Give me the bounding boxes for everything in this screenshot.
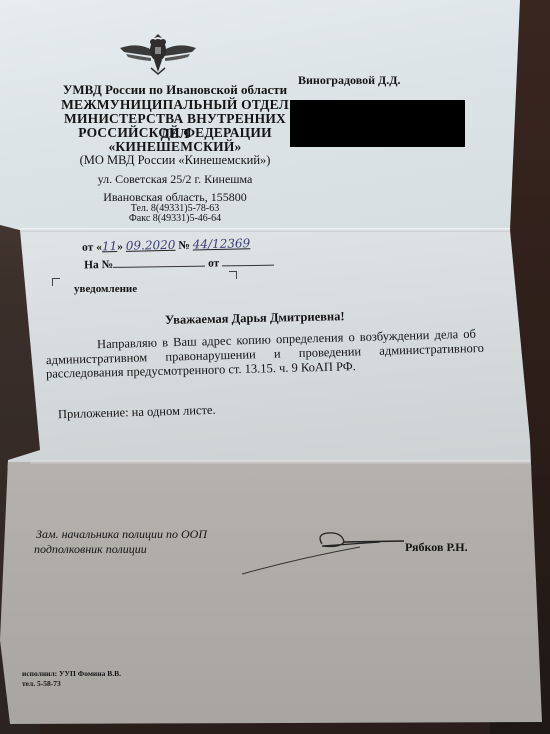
reply-from-label: от xyxy=(208,257,219,269)
parent-org: УМВД России по Ивановской области xyxy=(60,82,290,98)
reply-date-blank xyxy=(222,255,274,267)
date-prefix: от « xyxy=(82,241,102,253)
document-type-label: уведомление xyxy=(74,283,137,295)
redacted-address-block xyxy=(290,100,465,147)
org-name-line: «КИНЕШЕМСКИЙ» xyxy=(60,139,290,154)
fold-line-bottom xyxy=(30,460,530,465)
org-name-line: РОССИЙСКОЙ ФЕДЕРАЦИИ xyxy=(60,125,290,140)
sheet-bottom-panel xyxy=(0,462,550,734)
address-street: ул. Советская 25/2 г. Кинешма xyxy=(60,172,290,187)
executor-name: исполнил: УУП Фомина В.В. xyxy=(22,669,121,678)
eagle-emblem-icon xyxy=(118,28,198,78)
number-label: № xyxy=(178,240,190,252)
signer-name: Рябков Р.Н. xyxy=(405,540,468,555)
signer-rank: подполковник полиции xyxy=(34,542,147,557)
handwritten-outgoing-number: 44/12369 xyxy=(193,236,251,251)
corner-mark-left xyxy=(52,278,60,286)
body-word: административного xyxy=(379,341,484,359)
letter-sheet: УМВД России по Ивановской области МЕЖМУН… xyxy=(0,0,550,734)
body-word: и xyxy=(274,347,281,362)
reply-label: На № xyxy=(84,259,113,271)
reply-reference: На № от xyxy=(84,255,274,272)
date-separator: » xyxy=(117,241,126,253)
fold-line-top xyxy=(20,228,520,232)
org-short-name: (МО МВД России «Кинешемский») xyxy=(60,153,290,168)
handwritten-day: 11 xyxy=(102,239,118,253)
handwritten-signature-icon xyxy=(240,530,410,580)
corner-mark-right xyxy=(229,271,237,279)
recipient-name: Виноградовой Д.Д. xyxy=(298,73,401,88)
executor-phone: тел. 5-58-73 xyxy=(22,679,61,688)
signer-position: Зам. начальника полиции по ООП xyxy=(36,527,207,542)
reply-number-blank xyxy=(113,256,205,268)
handwritten-month-year: 09.2020 xyxy=(126,238,176,253)
org-name-line: МЕЖМУНИЦИПАЛЬНЫЙ ОТДЕЛ xyxy=(60,97,290,112)
fax-number: Факс 8(49331)5-46-64 xyxy=(60,213,290,224)
